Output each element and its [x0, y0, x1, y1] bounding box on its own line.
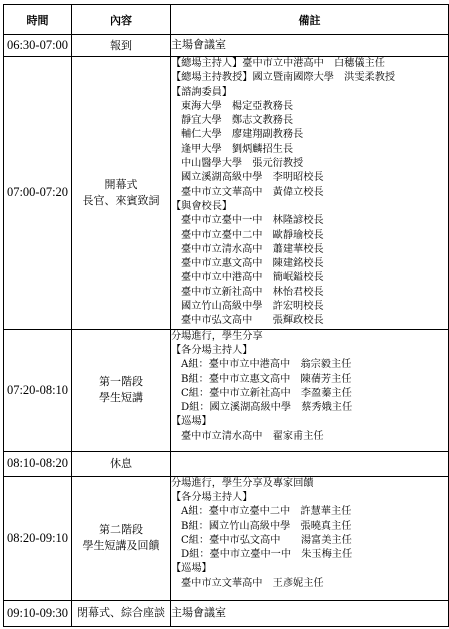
time-cell: 08:10-08:20: [4, 451, 72, 476]
note-line: 臺中市立清水高中 蕭建華校長: [171, 243, 448, 257]
note-line: 輔仁大學 廖建翔副教務長: [171, 128, 448, 142]
note-line: 臺中市立文華高中 王彥妮主任: [171, 577, 448, 591]
note-line: 【諮詢委員】: [171, 86, 448, 100]
table-row: 07:00-07:20開幕式長官、來賓致詞【總場主持人】臺中市立中港高中 白穗儀…: [4, 57, 449, 330]
note-cell: 分場進行，學生分享【各分場主持人】A組：臺中市立中港高中 翁宗毅主任B組：臺中市…: [171, 329, 449, 451]
note-line: 中山醫學大學 張元衍教授: [171, 157, 448, 171]
header-time: 時間: [4, 5, 72, 35]
note-line: 【總場主持教授】國立暨南國際大學 洪雯柔教授: [171, 71, 448, 85]
note-line: 臺中市立清水高中 翟家甫主任: [171, 430, 448, 444]
note-line: 臺中市立文華高中 黃偉立校長: [171, 186, 448, 200]
note-line: D組：國立溪湖高級中學 蔡秀娥主任: [171, 401, 448, 415]
note-cell: 主場會議室: [171, 600, 449, 626]
note-line: 臺中市立中港高中 簡岷鎰校長: [171, 271, 448, 285]
content-cell: 第一階段學生短講: [72, 329, 171, 451]
content-line: 長官、來賓致詞: [72, 193, 170, 209]
note-cell: [171, 451, 449, 476]
content-line: 學生短講及回饋: [72, 538, 170, 554]
note-line: 【與會校長】: [171, 200, 448, 214]
note-line: 【巡場】: [171, 562, 448, 576]
note-line: 國立竹山高級中學 許宏明校長: [171, 300, 448, 314]
content-line: 開幕式: [72, 177, 170, 193]
note-line: A組：臺中市立臺中二中 許慧華主任: [171, 505, 448, 519]
content-line: 閉幕式、綜合座談: [72, 605, 170, 621]
note-line: 主場會議室: [171, 606, 448, 620]
table-row: 08:10-08:20休息: [4, 451, 449, 476]
note-line: B組：國立竹山高級中學 張曉真主任: [171, 520, 448, 534]
time-cell: 07:00-07:20: [4, 57, 72, 330]
note-line: 靜宜大學 鄭志文教務長: [171, 114, 448, 128]
time-cell: 07:20-08:10: [4, 329, 72, 451]
content-cell: 休息: [72, 451, 171, 476]
note-line: D組：臺中市立臺中一中 朱玉梅主任: [171, 548, 448, 562]
time-cell: 08:20-09:10: [4, 476, 72, 600]
note-line: 臺中市立臺中一中 林隆諺校長: [171, 214, 448, 228]
note-line: B組：臺中市立惠文高中 陳蒨芳主任: [171, 373, 448, 387]
note-cell: 分場進行，學生分享及專家回饋【各分場主持人】A組：臺中市立臺中二中 許慧華主任B…: [171, 476, 449, 600]
note-line: 臺中市立惠文高中 陳建銘校長: [171, 257, 448, 271]
content-line: 學生短講: [72, 390, 170, 406]
content-cell: 開幕式長官、來賓致詞: [72, 57, 171, 330]
note-line: C組：臺中市立新社高中 李盈蓁主任: [171, 387, 448, 401]
content-line: 休息: [72, 456, 170, 472]
schedule-body: 06:30-07:00報到主場會議室07:00-07:20開幕式長官、來賓致詞【…: [4, 35, 449, 627]
content-line: 第一階段: [72, 374, 170, 390]
header-row: 時間 內容 備註: [4, 5, 449, 35]
content-cell: 第二階段學生短講及回饋: [72, 476, 171, 600]
note-line: 臺中市弘文高中 張輝政校長: [171, 314, 448, 328]
note-line: C組：臺中市弘文高中 湯富美主任: [171, 534, 448, 548]
table-row: 06:30-07:00報到主場會議室: [4, 35, 449, 57]
note-line: 【各分場主持人】: [171, 344, 448, 358]
note-line: A組：臺中市立中港高中 翁宗毅主任: [171, 358, 448, 372]
content-cell: 報到: [72, 35, 171, 57]
table-row: 09:10-09:30閉幕式、綜合座談主場會議室: [4, 600, 449, 626]
time-cell: 06:30-07:00: [4, 35, 72, 57]
note-line: 國立溪湖高級中學 李明昭校長: [171, 171, 448, 185]
header-note: 備註: [171, 5, 449, 35]
note-line: 東海大學 楊定亞教務長: [171, 100, 448, 114]
note-line: 分場進行，學生分享及專家回饋: [171, 477, 448, 491]
note-line: 臺中市立新社高中 林怡君校長: [171, 286, 448, 300]
note-cell: 【總場主持人】臺中市立中港高中 白穗儀主任【總場主持教授】國立暨南國際大學 洪雯…: [171, 57, 449, 330]
note-line: 【總場主持人】臺中市立中港高中 白穗儀主任: [171, 57, 448, 71]
note-line: 逢甲大學 劉炳麟招生長: [171, 143, 448, 157]
time-cell: 09:10-09:30: [4, 600, 72, 626]
note-line: 主場會議室: [171, 38, 448, 52]
content-line: 報到: [72, 38, 170, 54]
content-line: 第二階段: [72, 522, 170, 538]
table-row: 07:20-08:10第一階段學生短講分場進行，學生分享【各分場主持人】A組：臺…: [4, 329, 449, 451]
table-row: 08:20-09:10第二階段學生短講及回饋分場進行，學生分享及專家回饋【各分場…: [4, 476, 449, 600]
note-line: 分場進行，學生分享: [171, 330, 448, 344]
note-line: 【各分場主持人】: [171, 491, 448, 505]
schedule-table: 時間 內容 備註 06:30-07:00報到主場會議室07:00-07:20開幕…: [3, 4, 449, 627]
note-line: 【巡場】: [171, 415, 448, 429]
header-content: 內容: [72, 5, 171, 35]
note-line: 臺中市立臺中二中 歐靜瑜校長: [171, 229, 448, 243]
note-cell: 主場會議室: [171, 35, 449, 57]
content-cell: 閉幕式、綜合座談: [72, 600, 171, 626]
